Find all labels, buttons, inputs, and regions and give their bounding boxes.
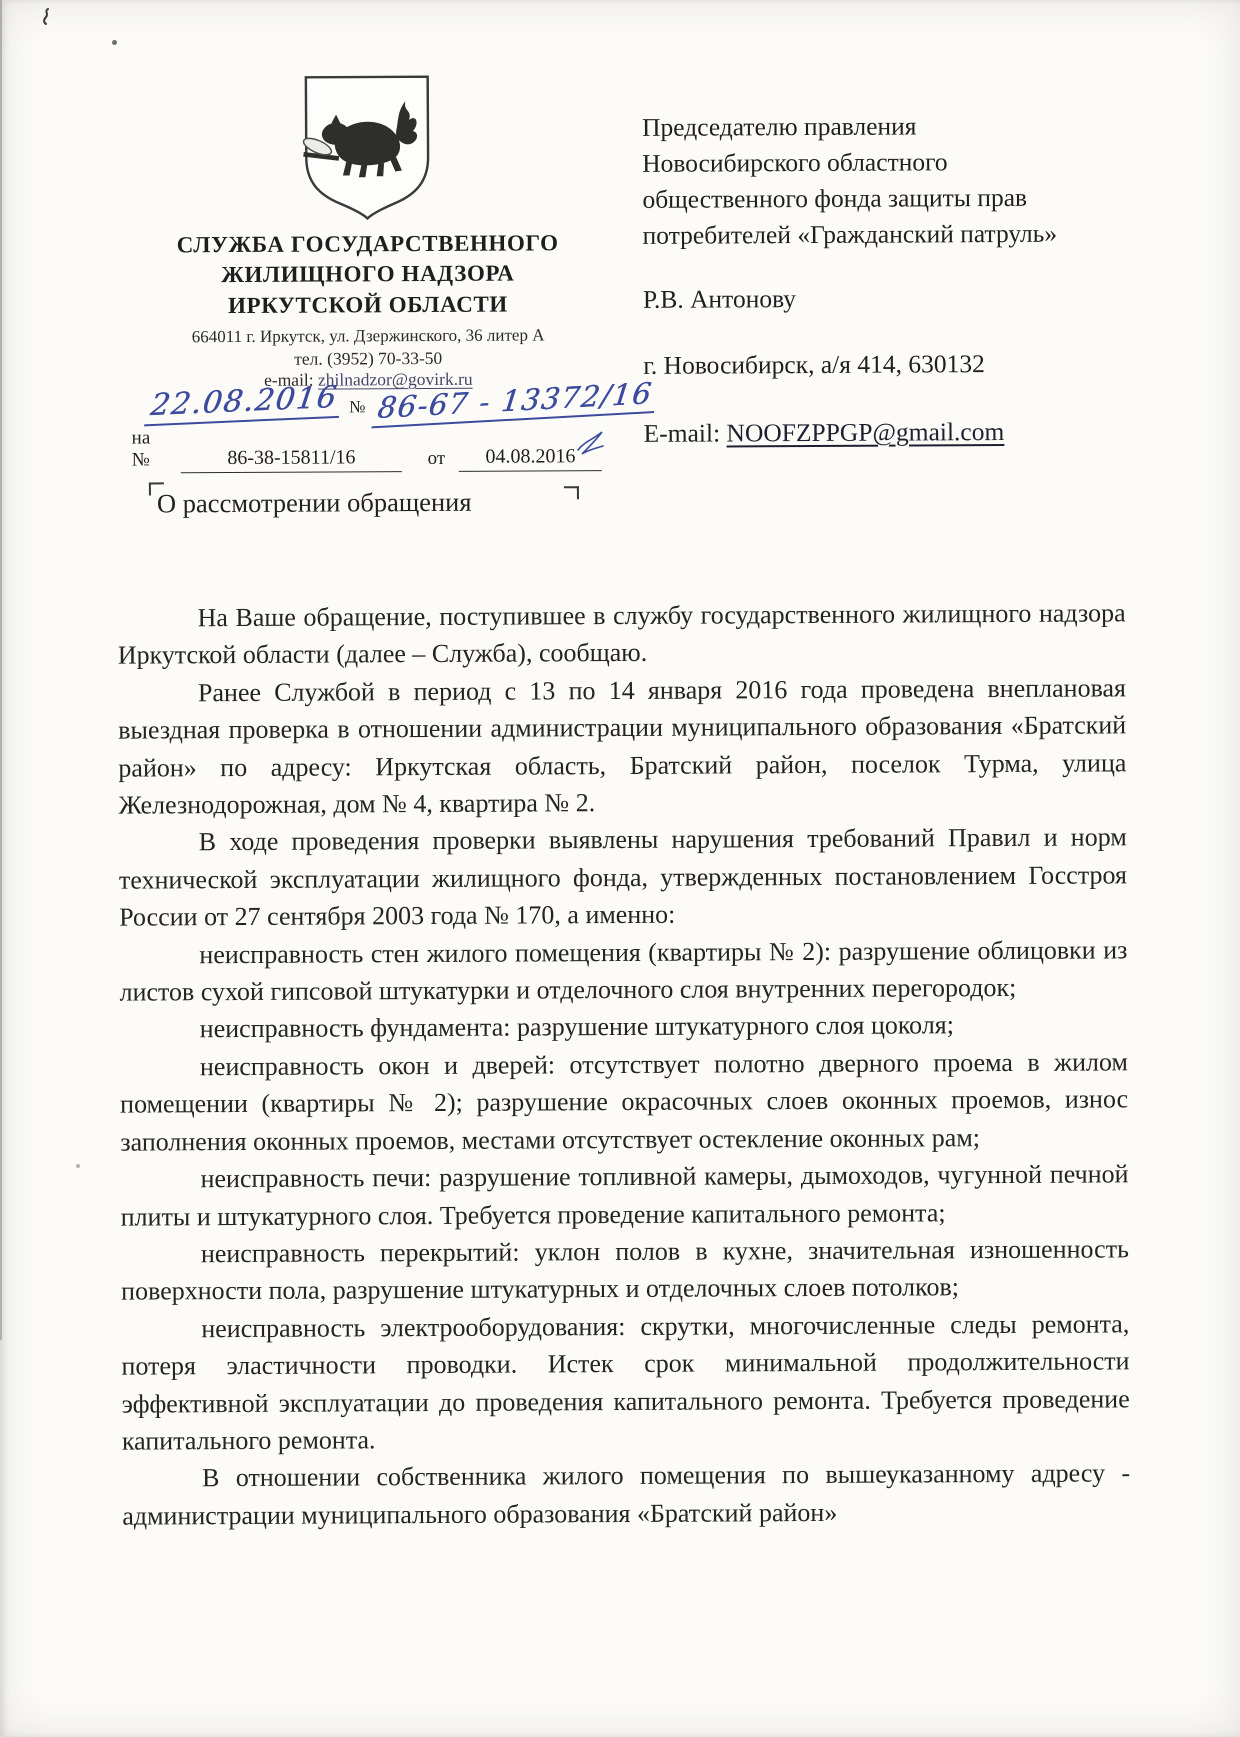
body-paragraph: На Ваше обращение, поступившее в службу … (117, 594, 1125, 674)
recipient-person-name: Р.В. Антонову (643, 279, 1123, 318)
body-paragraph: неисправность электрооборудования: скрут… (121, 1305, 1130, 1460)
recipient-postal-address: г. Новосибирск, а/я 414, 630132 (643, 345, 1123, 384)
recipient-block: Председателю правления Новосибирского об… (642, 107, 1124, 452)
recipient-line: Новосибирского областного (642, 143, 1122, 182)
sender-org-name: СЛУЖБА ГОСУДАРСТВЕННОГО ЖИЛИЩНОГО НАДЗОР… (148, 228, 588, 321)
body-paragraph: Ранее Службой в период с 13 по 14 января… (118, 669, 1127, 824)
recipient-email-line: E-mail: NOOFZPPGP@gmail.com (644, 413, 1124, 452)
subject-block: О рассмотрении обращения (149, 480, 579, 528)
org-name-line: ЖИЛИЩНОГО НАДЗОРА (148, 259, 588, 292)
recipient-line: потребителей «Гражданский патруль» (643, 215, 1123, 254)
recipient-email-label: E-mail: (644, 418, 721, 447)
from-date-label: от (428, 448, 446, 472)
org-name-line: СЛУЖБА ГОСУДАРСТВЕННОГО (148, 228, 588, 261)
org-name-line: ИРКУТСКОЙ ОБЛАСТИ (148, 289, 588, 322)
irkutsk-coat-of-arms-icon (278, 71, 457, 222)
body-paragraph: неисправность стен жилого помещения (ква… (119, 931, 1127, 1011)
body-paragraph: В ходе проведения проверки выявлены нару… (119, 819, 1128, 936)
incoming-number: 86-38-15811/16 (181, 446, 402, 473)
body-paragraph: неисправность окон и дверей: отсутствует… (120, 1043, 1129, 1160)
outgoing-reference-handwritten: 22.08.2016 № 86-67 - 13372/16 (146, 382, 591, 422)
sender-postal-address: 664011 г. Иркутск, ул. Дзержинского, 36 … (148, 325, 588, 347)
incoming-reference-row: на № 86-38-15811/16 от 04.08.2016 (132, 425, 602, 473)
recipient-line: Председателю правления (642, 107, 1122, 146)
number-sign: № (349, 397, 365, 421)
recipient-email-address: NOOFZPPGP@gmail.com (726, 417, 1004, 447)
corner-mark-close-icon (564, 486, 579, 499)
handwritten-outgoing-number: 86-67 - 13372/16 (371, 376, 658, 429)
incoming-date: 04.08.2016 (459, 445, 602, 472)
body-paragraph: неисправность перекрытий: уклон полов в … (121, 1230, 1129, 1310)
letter-body: На Ваше обращение, поступившее в службу … (117, 594, 1130, 1534)
handwritten-date: 22.08.2016 (144, 380, 344, 427)
letter-subject: О рассмотрении обращения (157, 487, 472, 520)
sender-phone: тел. (3952) 70-33-50 (148, 347, 588, 370)
sender-header: СЛУЖБА ГОСУДАРСТВЕННОГО ЖИЛИЩНОГО НАДЗОР… (147, 70, 589, 391)
body-paragraph: неисправность печи: разрушение топливной… (120, 1155, 1128, 1235)
scanned-letter-page: СЛУЖБА ГОСУДАРСТВЕННОГО ЖИЛИЩНОГО НАДЗОР… (0, 0, 1240, 1737)
reply-to-label: на № (132, 427, 172, 473)
body-paragraph: неисправность фундамента: разрушение шту… (120, 1006, 1128, 1049)
recipient-line: общественного фонда защиты прав (642, 179, 1122, 218)
body-paragraph: В отношении собственника жилого помещени… (122, 1455, 1130, 1535)
